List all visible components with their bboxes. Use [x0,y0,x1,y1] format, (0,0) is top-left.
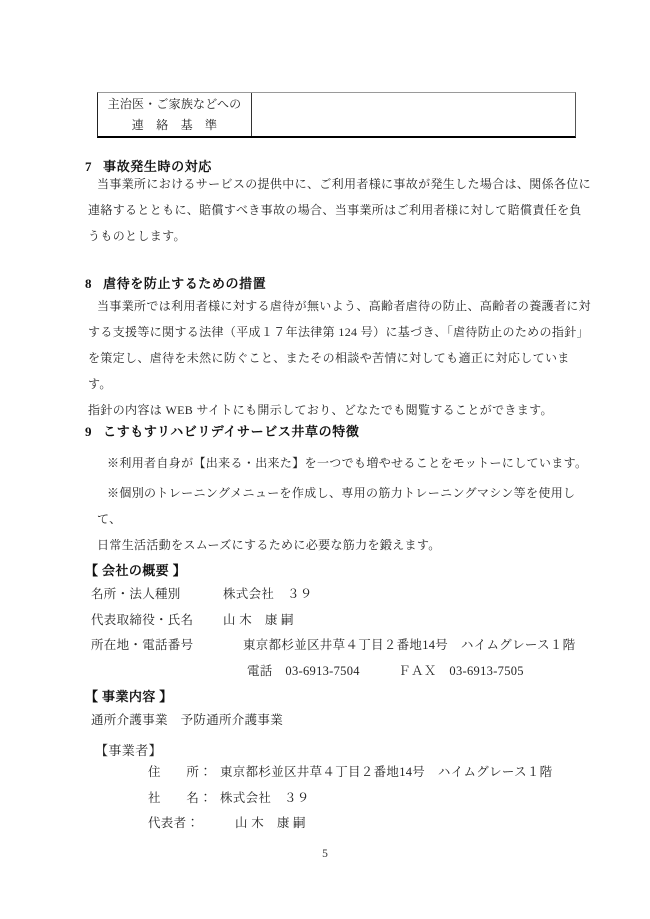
company-row-representative-value: 山 木 康 嗣 [223,608,294,634]
operator-row-company-name-value: 株式会社 ３９ [220,786,310,812]
section-8-body: 当事業所では利用者様に対する虐待が無いよう、高齢者虐待の防止、高齢者の養護者に対… [88,293,593,423]
company-row-name-type: 名所・法人種別 株式会社 ３９ [91,582,591,608]
contact-criteria-table: 主治医・ご家族などへの 連 絡 基 準 [97,92,576,138]
contact-criteria-label-cell: 主治医・ご家族などへの 連 絡 基 準 [98,93,252,136]
company-overview-rows: 名所・法人種別 株式会社 ３９ 代表取締役・氏名 山 木 康 嗣 所在地・電話番… [91,582,591,684]
section-9-number: 9 [85,424,92,440]
section-9-title: こすもすリハビリデイサービス井草の特徴 [103,424,359,439]
operator-rows: 住 所： 東京都杉並区井草４丁目２番地14号 ハイムグレース１階 社 名： 株式… [148,760,588,837]
section-8-number: 8 [85,276,92,292]
company-overview-heading: 【 会社の概要 】 [85,562,186,579]
company-row-representative: 代表取締役・氏名 山 木 康 嗣 [91,608,591,634]
company-row-address-value: 東京都杉並区井草４丁目２番地14号 ハイムグレース１階 [223,633,575,659]
contact-criteria-value-cell [252,93,575,136]
company-row-representative-label: 代表取締役・氏名 [91,608,223,634]
company-row-address: 所在地・電話番号 東京都杉並区井草４丁目２番地14号 ハイムグレース１階 [91,633,591,659]
operator-heading: 【事業者】 [95,742,162,759]
company-row-address-label: 所在地・電話番号 [91,633,223,659]
operator-row-address: 住 所： 東京都杉並区井草４丁目２番地14号 ハイムグレース１階 [148,760,588,786]
company-phone-fax-line: 電話 03-6913-7504 ＦＡＸ 03-6913-7505 [91,659,591,685]
operator-row-company-name: 社 名： 株式会社 ３９ [148,786,588,812]
section-9-heading: 9こすもすリハビリデイサービス井草の特徴 [85,424,359,440]
section-8-title: 虐待を防止するための措置 [103,276,266,291]
document-page: 主治医・ご家族などへの 連 絡 基 準 7事故発生時の対応 当事業所におけるサー… [0,0,650,919]
section-7-body: 当事業所におけるサービスの提供中に、ご利用者様に事故が発生した場合は、関係各位に… [88,171,593,249]
operator-row-company-name-label: 社 名： [148,786,220,812]
operator-row-representative-label: 代表者： [148,811,220,837]
operator-row-address-value: 東京都杉並区井草４丁目２番地14号 ハイムグレース１階 [220,760,552,786]
operator-row-address-label: 住 所： [148,760,220,786]
operator-row-representative: 代表者： 山 木 康 嗣 [148,811,588,837]
page-number: 5 [0,848,650,860]
business-items: 通所介護事業 予防通所介護事業 [91,710,571,730]
section-9-note-2: ※個別のトレーニングメニューを作成し、専用の筋力トレーニングマシン等を使用して、… [97,480,597,558]
business-heading: 【 事業内容 】 [85,688,173,705]
company-row-name-type-label: 名所・法人種別 [91,582,223,608]
operator-row-representative-value: 山 木 康 嗣 [220,811,306,837]
section-8-heading: 8虐待を防止するための措置 [85,276,266,292]
company-row-name-type-value: 株式会社 ３９ [223,582,313,608]
section-9-note-1: ※利用者自身が【出来る・出来た】を一つでも増やせることをモットーにしています。 [97,450,597,476]
